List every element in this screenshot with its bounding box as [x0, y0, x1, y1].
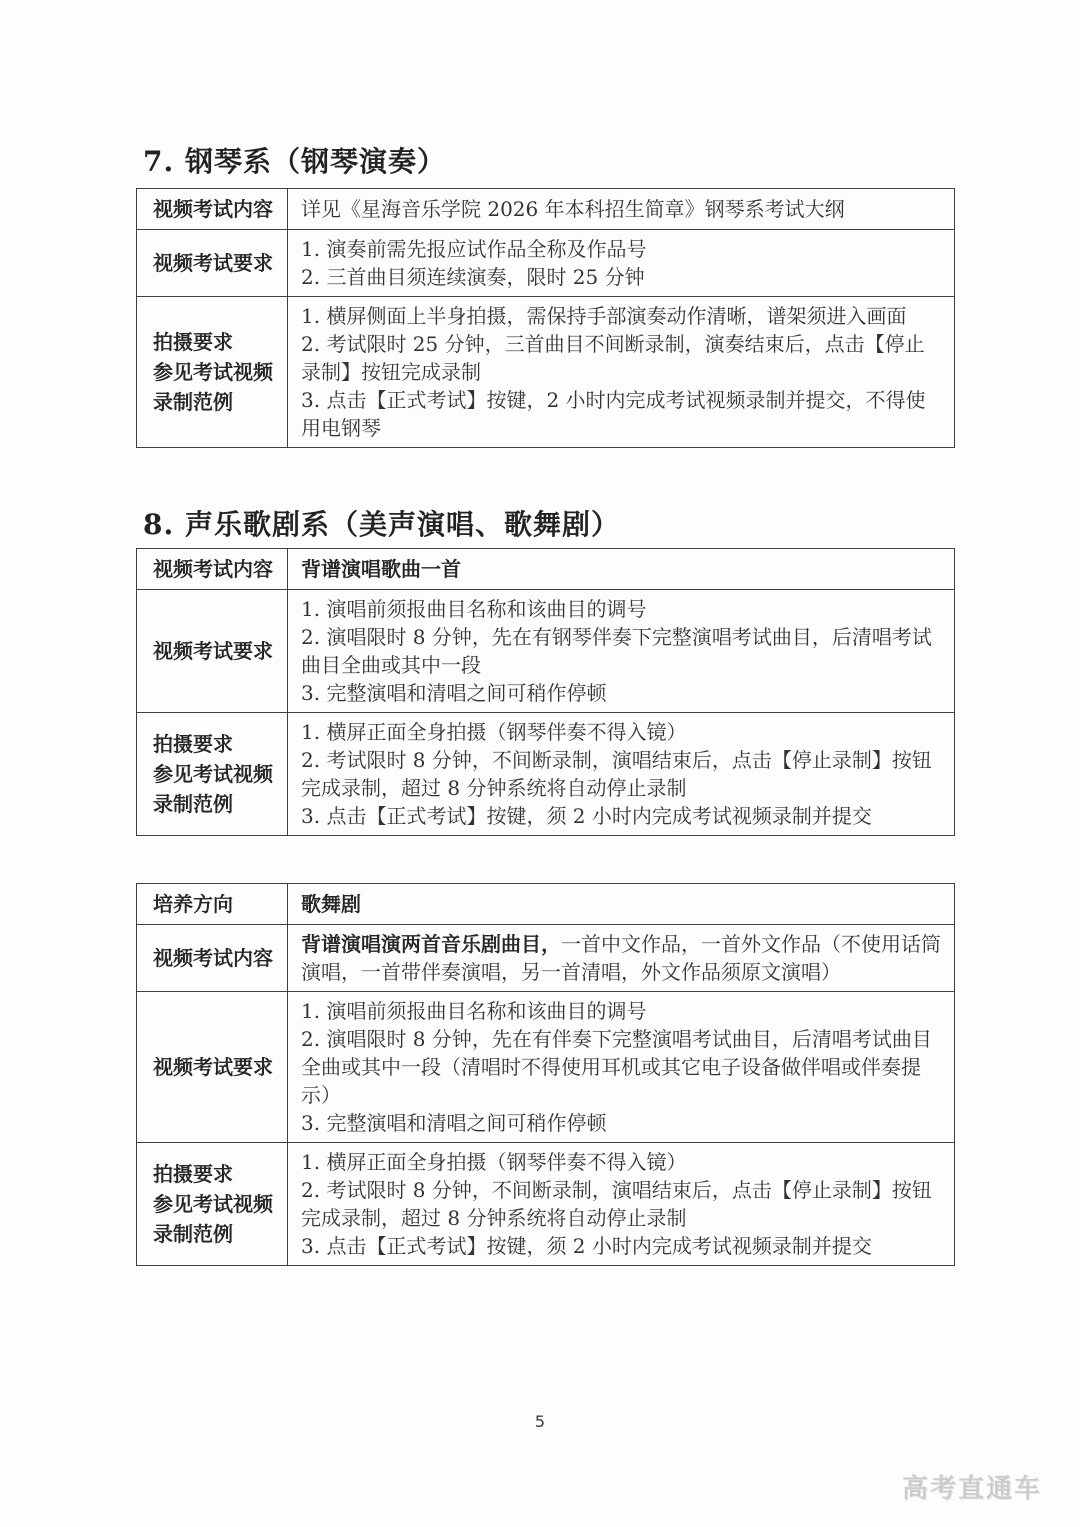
row-label-video-exam-requirements: 视频考试要求	[137, 590, 288, 713]
table-row: 视频考试要求 1. 演唱前须报曲目名称和该曲目的调号 2. 演唱限时 8 分钟，…	[137, 590, 955, 713]
row-label-video-exam-requirements: 视频考试要求	[137, 230, 288, 297]
row-label-video-exam-content: 视频考试内容	[137, 925, 288, 992]
page-number: 5	[0, 1412, 1080, 1431]
section-title-vocal-opera: 8. 声乐歌剧系（美声演唱、歌舞剧）	[143, 503, 963, 543]
table-row: 视频考试内容 背谱演唱演两首音乐剧曲目，一首中文作品，一首外文作品（不使用话筒演…	[137, 925, 955, 992]
musical-theatre-exam-table: 培养方向 歌舞剧 视频考试内容 背谱演唱演两首音乐剧曲目，一首中文作品，一首外文…	[136, 883, 955, 1266]
cell-text: 详见《星海音乐学院 2026 年本科招生简章》钢琴系考试大纲	[301, 195, 942, 223]
row-label-video-exam-requirements: 视频考试要求	[137, 992, 288, 1143]
list-item: 2. 演唱限时 8 分钟，先在有伴奏下完整演唱考试曲目，后清唱考试曲目全曲或其中…	[301, 1025, 942, 1109]
row-label-video-exam-content: 视频考试内容	[137, 189, 288, 230]
table-row: 视频考试要求 1. 演唱前须报曲目名称和该曲目的调号 2. 演唱限时 8 分钟，…	[137, 992, 955, 1143]
list-item: 1. 横屏正面全身拍摄（钢琴伴奏不得入镜）	[301, 1148, 942, 1176]
row-content-cell: 歌舞剧	[288, 884, 955, 925]
row-content-cell: 1. 演唱前须报曲目名称和该曲目的调号 2. 演唱限时 8 分钟，先在有钢琴伴奏…	[288, 590, 955, 713]
list-item: 2. 考试限时 25 分钟，三首曲目不间断录制，演奏结束后，点击【停止录制】按钮…	[301, 330, 942, 386]
table-row: 视频考试要求 1. 演奏前需先报应试作品全称及作品号 2. 三首曲目须连续演奏，…	[137, 230, 955, 297]
belcanto-exam-table: 视频考试内容 背谱演唱歌曲一首 视频考试要求 1. 演唱前须报曲目名称和该曲目的…	[136, 548, 955, 836]
table-row: 拍摄要求 参见考试视频 录制范例 1. 横屏侧面上半身拍摄，需保持手部演奏动作清…	[137, 297, 955, 448]
row-label-filming-requirements: 拍摄要求 参见考试视频 录制范例	[137, 713, 288, 836]
row-content-cell: 1. 横屏侧面上半身拍摄，需保持手部演奏动作清晰，谱架须进入画面 2. 考试限时…	[288, 297, 955, 448]
section-title-piano: 7. 钢琴系（钢琴演奏）	[143, 140, 963, 180]
row-content-cell: 背谱演唱歌曲一首	[288, 549, 955, 590]
list-item: 3. 点击【正式考试】按键，须 2 小时内完成考试视频录制并提交	[301, 802, 942, 830]
list-item: 3. 点击【正式考试】按键，须 2 小时内完成考试视频录制并提交	[301, 1232, 942, 1260]
list-item: 2. 考试限时 8 分钟，不间断录制，演唱结束后，点击【停止录制】按钮完成录制，…	[301, 1176, 942, 1232]
table-row: 培养方向 歌舞剧	[137, 884, 955, 925]
watermark-gaokao-zhitongche: 高考直通车	[902, 1468, 1042, 1505]
cell-text: 背谱演唱歌曲一首	[301, 555, 942, 583]
row-label-training-direction: 培养方向	[137, 884, 288, 925]
list-item: 3. 完整演唱和清唱之间可稍作停顿	[301, 679, 942, 707]
cell-text-bold-lead: 背谱演唱演两首音乐剧曲目，	[301, 932, 561, 956]
list-item: 1. 演唱前须报曲目名称和该曲目的调号	[301, 997, 942, 1025]
row-content-cell: 1. 演奏前需先报应试作品全称及作品号 2. 三首曲目须连续演奏，限时 25 分…	[288, 230, 955, 297]
row-content-cell: 背谱演唱演两首音乐剧曲目，一首中文作品，一首外文作品（不使用话筒演唱，一首带伴奏…	[288, 925, 955, 992]
row-content-cell: 1. 横屏正面全身拍摄（钢琴伴奏不得入镜） 2. 考试限时 8 分钟，不间断录制…	[288, 1143, 955, 1266]
table-row: 视频考试内容 背谱演唱歌曲一首	[137, 549, 955, 590]
list-item: 2. 三首曲目须连续演奏，限时 25 分钟	[301, 263, 942, 291]
list-item: 1. 横屏正面全身拍摄（钢琴伴奏不得入镜）	[301, 718, 942, 746]
document-page: 7. 钢琴系（钢琴演奏） 视频考试内容 详见《星海音乐学院 2026 年本科招生…	[0, 0, 1080, 1527]
row-content-cell: 1. 横屏正面全身拍摄（钢琴伴奏不得入镜） 2. 考试限时 8 分钟，不间断录制…	[288, 713, 955, 836]
cell-text: 背谱演唱演两首音乐剧曲目，一首中文作品，一首外文作品（不使用话筒演唱，一首带伴奏…	[301, 930, 942, 986]
row-content-cell: 1. 演唱前须报曲目名称和该曲目的调号 2. 演唱限时 8 分钟，先在有伴奏下完…	[288, 992, 955, 1143]
list-item: 2. 演唱限时 8 分钟，先在有钢琴伴奏下完整演唱考试曲目，后清唱考试曲目全曲或…	[301, 623, 942, 679]
list-item: 1. 横屏侧面上半身拍摄，需保持手部演奏动作清晰，谱架须进入画面	[301, 302, 942, 330]
cell-text: 歌舞剧	[301, 890, 942, 918]
piano-exam-table: 视频考试内容 详见《星海音乐学院 2026 年本科招生简章》钢琴系考试大纲 视频…	[136, 188, 955, 448]
row-label-filming-requirements: 拍摄要求 参见考试视频 录制范例	[137, 297, 288, 448]
table-row: 视频考试内容 详见《星海音乐学院 2026 年本科招生简章》钢琴系考试大纲	[137, 189, 955, 230]
table-row: 拍摄要求 参见考试视频 录制范例 1. 横屏正面全身拍摄（钢琴伴奏不得入镜） 2…	[137, 713, 955, 836]
list-item: 2. 考试限时 8 分钟，不间断录制，演唱结束后，点击【停止录制】按钮完成录制，…	[301, 746, 942, 802]
list-item: 1. 演唱前须报曲目名称和该曲目的调号	[301, 595, 942, 623]
row-label-video-exam-content: 视频考试内容	[137, 549, 288, 590]
list-item: 3. 点击【正式考试】按键，2 小时内完成考试视频录制并提交，不得使用电钢琴	[301, 386, 942, 442]
row-label-filming-requirements: 拍摄要求 参见考试视频 录制范例	[137, 1143, 288, 1266]
row-content-cell: 详见《星海音乐学院 2026 年本科招生简章》钢琴系考试大纲	[288, 189, 955, 230]
table-row: 拍摄要求 参见考试视频 录制范例 1. 横屏正面全身拍摄（钢琴伴奏不得入镜） 2…	[137, 1143, 955, 1266]
list-item: 3. 完整演唱和清唱之间可稍作停顿	[301, 1109, 942, 1137]
list-item: 1. 演奏前需先报应试作品全称及作品号	[301, 235, 942, 263]
